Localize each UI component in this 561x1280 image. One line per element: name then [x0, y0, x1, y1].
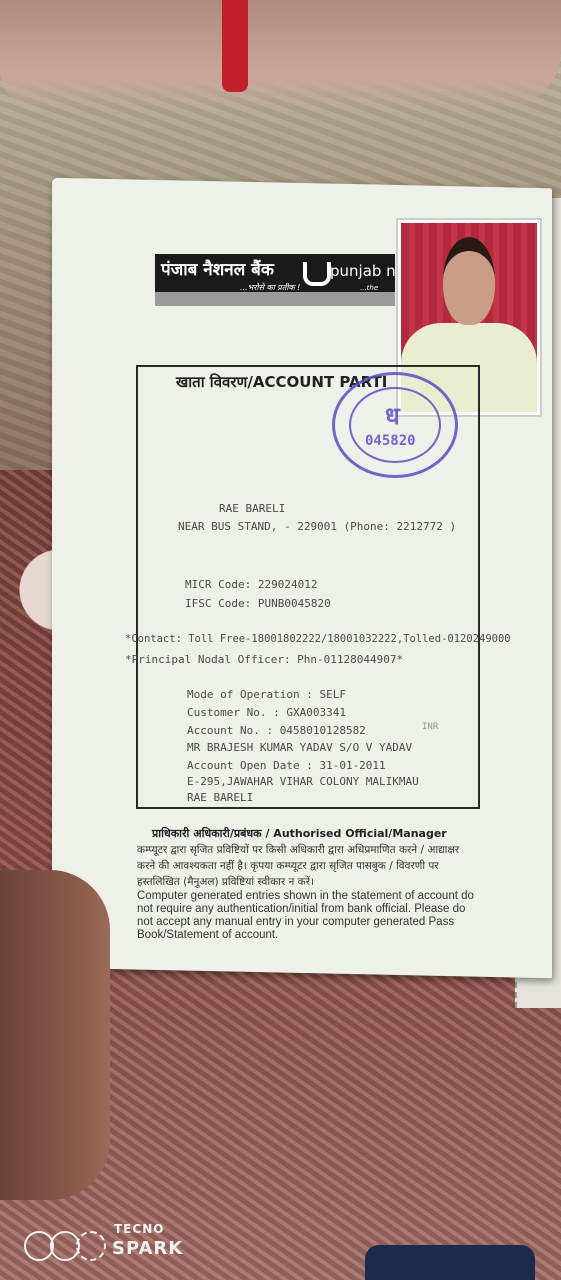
currency: INR — [422, 722, 438, 732]
stamp-branch-code: 045820 — [365, 433, 416, 449]
camera-watermark: TECNO SPARK — [24, 1226, 224, 1266]
bank-name-hindi: पंजाब नैशनल बैंक — [161, 257, 274, 280]
mode-of-operation: Mode of Operation : SELF — [187, 688, 346, 701]
account-number: Account No. : 0458010128582 — [187, 724, 366, 737]
ifsc-code: IFSC Code: PUNB0045820 — [185, 597, 331, 610]
pnb-logo-icon — [303, 262, 331, 286]
nodal-officer-line: *Principal Nodal Officer: Phn-0112804490… — [125, 653, 403, 666]
hand-top — [0, 0, 561, 110]
address-line-2: RAE BARELI — [187, 791, 253, 804]
notice-hindi: कम्प्यूटर द्वारा सृजित प्रविष्टियों पर क… — [137, 842, 477, 890]
photo-face — [443, 237, 495, 325]
banner-divider — [155, 292, 395, 306]
hand-holding-passbook — [0, 870, 110, 1200]
customer-number: Customer No. : GXA003341 — [187, 706, 346, 719]
address-line-1: E-295,JAWAHAR VIHAR COLONY MALIKMAU — [187, 775, 419, 788]
contact-line: *Contact: Toll Free-18001802222/18001032… — [125, 633, 511, 645]
watermark-brand-line2: SPARK — [112, 1238, 183, 1259]
authorised-signatory-label: प्राधिकारी अधिकारी/प्रबंधक / Authorised … — [152, 826, 447, 841]
stamp-logo-icon: ध — [385, 399, 400, 432]
bank-stamp: ध 045820 — [332, 372, 458, 478]
micr-code: MICR Code: 229024012 — [185, 578, 317, 591]
branch-name: RAE BARELI — [219, 502, 285, 515]
account-holder-name: MR BRAJESH KUMAR YADAV S/O V YADAV — [187, 741, 412, 754]
red-bracelet — [222, 0, 248, 92]
notice-english: Computer generated entries shown in the … — [137, 890, 474, 942]
branch-address: NEAR BUS STAND, - 229001 (Phone: 2212772… — [178, 520, 456, 533]
phone-object — [365, 1245, 535, 1280]
watermark-brand-line1: TECNO — [114, 1222, 164, 1236]
account-open-date: Account Open Date : 31-01-2011 — [187, 759, 386, 772]
watermark-ring-icon — [76, 1231, 106, 1261]
